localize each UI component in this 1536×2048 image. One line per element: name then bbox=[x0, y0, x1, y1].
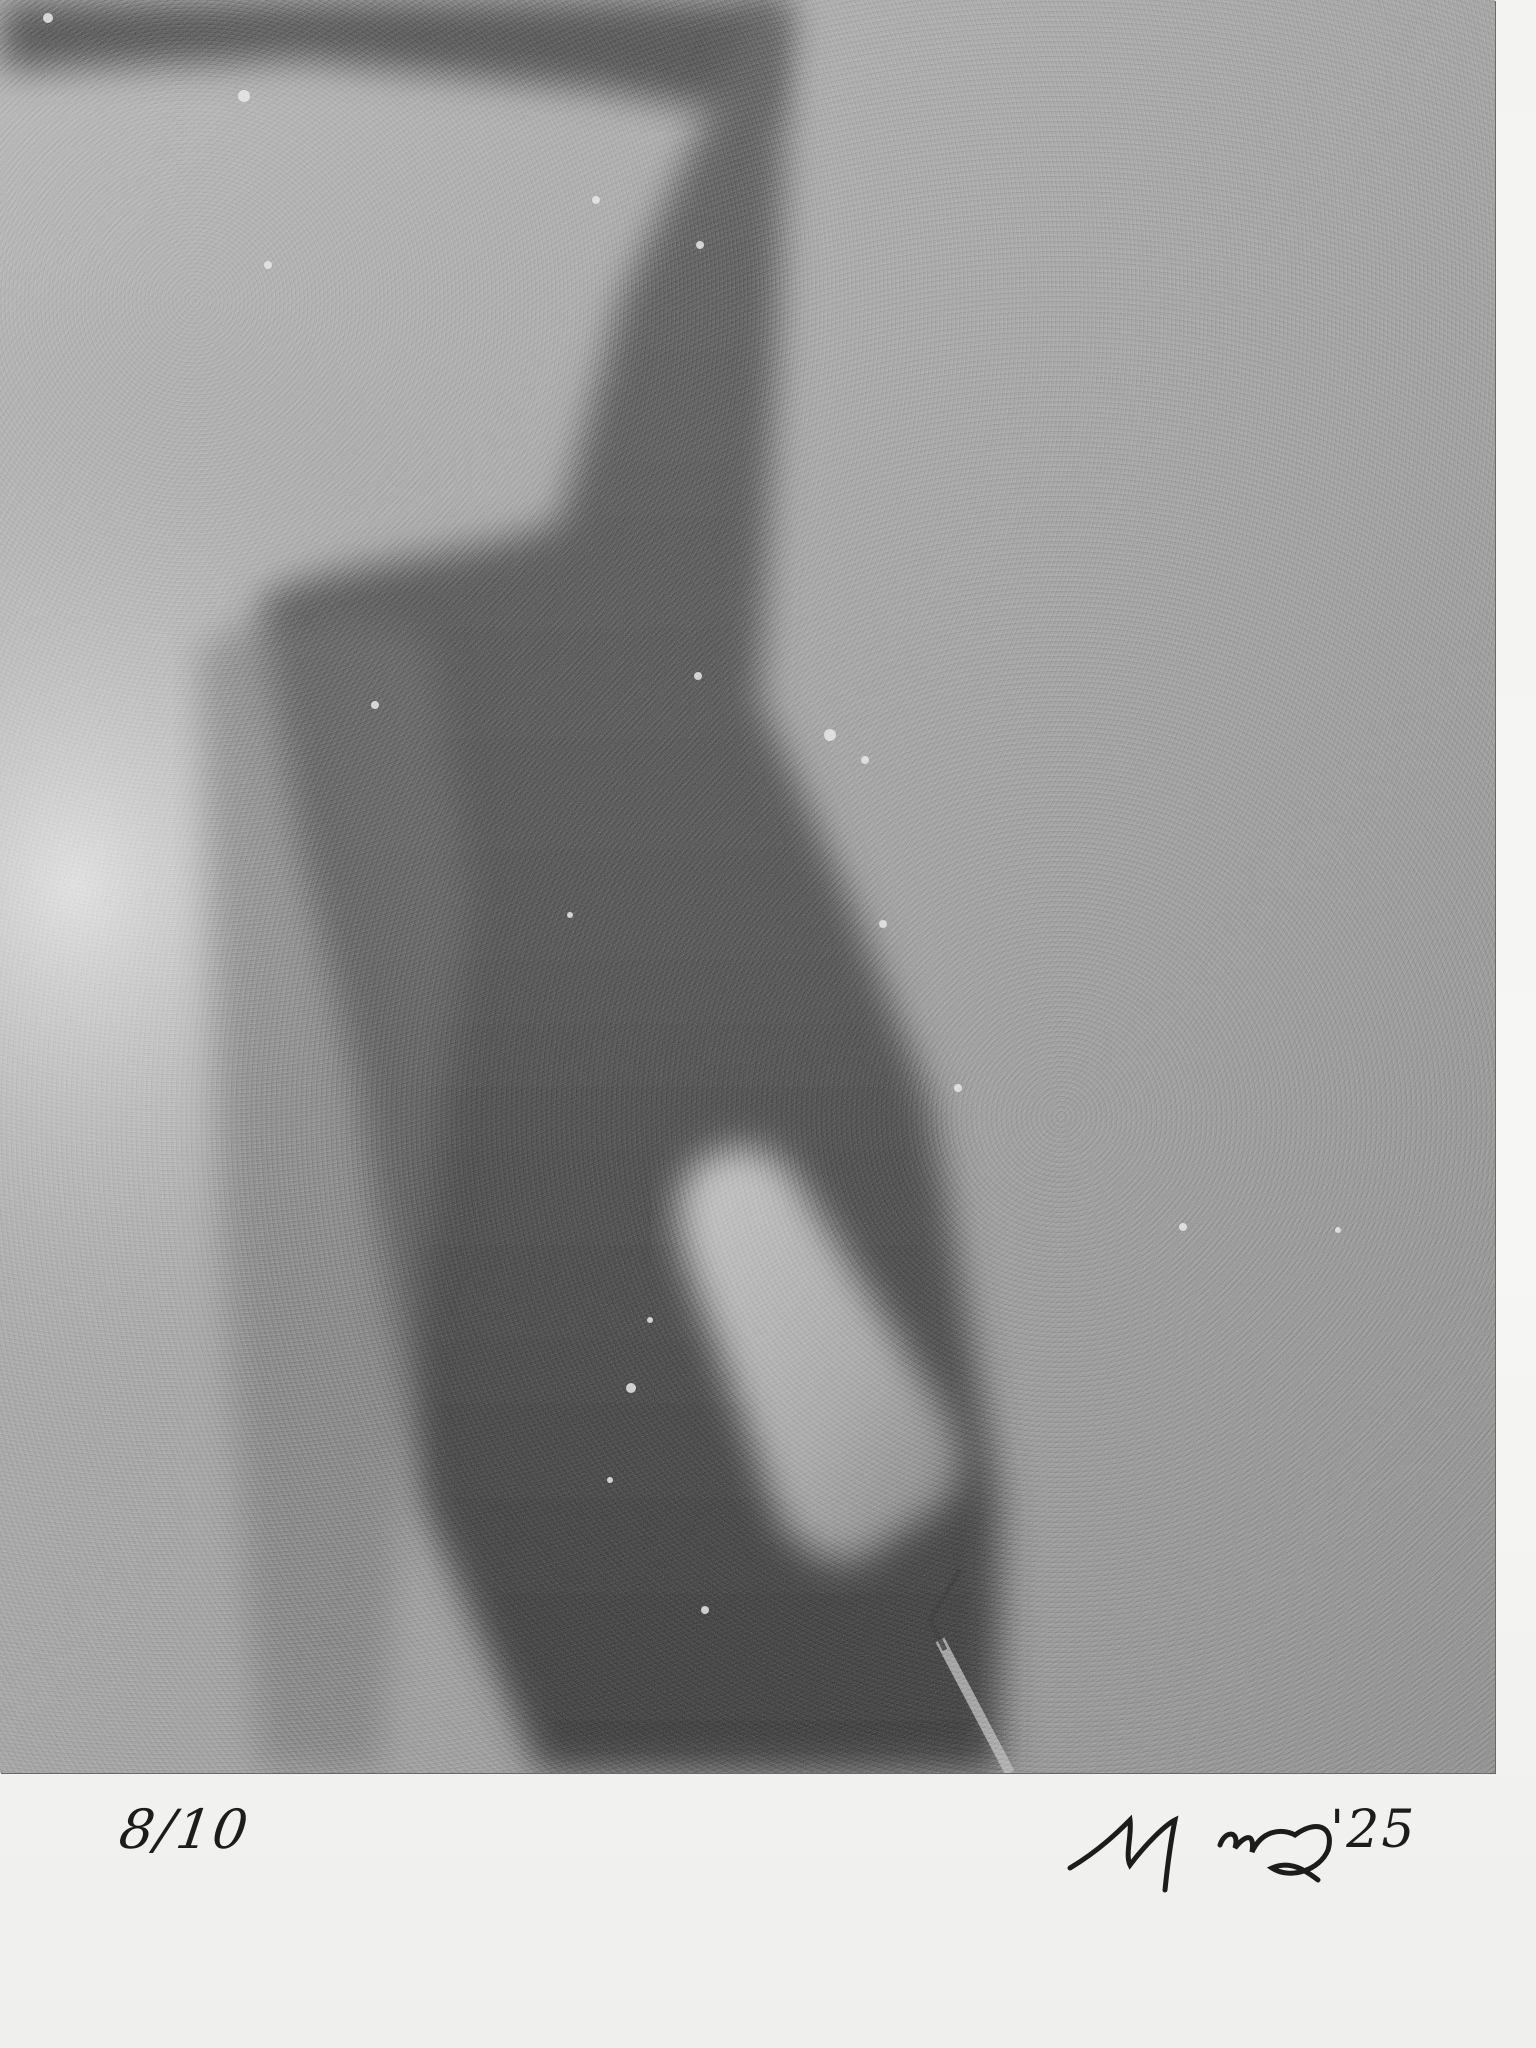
film-grain-overlay bbox=[0, 0, 1495, 1773]
photographic-print bbox=[0, 0, 1495, 1773]
edition-number: 8/10 bbox=[116, 1798, 254, 1861]
year: '25 bbox=[1330, 1800, 1416, 1860]
